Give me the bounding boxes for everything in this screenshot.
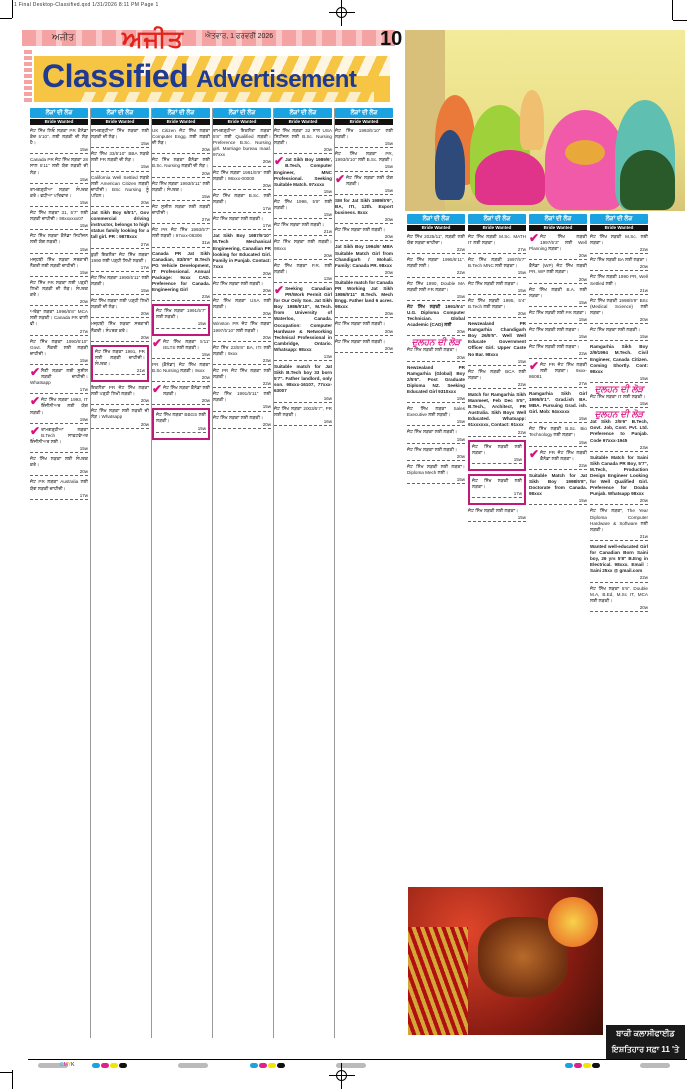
- classified-column: ਲੋੜਾਂ ਦੀ ਲੋੜBride Wantedਜੱਟ ਸਿੱਖ ਲੜਕਾ 32…: [274, 108, 332, 1058]
- checkmark-icon: ✔: [529, 362, 539, 371]
- ad-text: Wanted well-educated Girl for Canadian B…: [590, 544, 648, 573]
- classified-ad: ਜੱਟ ਸਿੱਖ ਲੜਕਾ 1991, PR ਲਈ ਲੜਕੀ ਚਾਹੀਦੀ। ਸ…: [91, 345, 149, 382]
- classified-ad: Jat Sikh Boy 1987/5'10" M.Tech Mechanica…: [213, 233, 271, 278]
- classified-ad: ਜੱਟ ਸਿੱਖ 1996, 5'9" ਲਈ ਲੜਕੀ।15w: [274, 199, 332, 219]
- column-subheading: Bride Wanted: [213, 119, 271, 125]
- ad-word-count: 15w: [91, 164, 149, 171]
- section-title-word2: Advertisement: [196, 66, 356, 93]
- ad-text: ਰਾਮਗੜ੍ਹੀਆ ਇਕਲੌਤਾ ਲੜਕਾ 5'8" ਲਈ Qualified …: [213, 128, 271, 157]
- figure: [520, 90, 544, 150]
- newspaper-logo: ਅਜੀਤ: [122, 24, 184, 53]
- ad-word-count: 20w: [590, 498, 648, 505]
- ad-text: ਜੱਟ PR ਜੱਟ ਸਿੱਖ 1993/5'7" ਲਈ ਲੜਕੀ। 97xxx…: [152, 227, 210, 238]
- classified-ad: Newzealand PR Ramgarhia (Global) Boy 2/5…: [407, 365, 465, 404]
- classified-ad: Suitable Match for Saini Sikh Canada PR …: [590, 455, 648, 506]
- checkmark-icon: ✔: [335, 175, 345, 184]
- classified-ad: ਰਾਮਗੜ੍ਹੀਆ ਸਿੱਖ ਲੜਕਾ ਲਈ ਲੜਕੀ ਦੀ ਲੋੜ।15w: [91, 128, 149, 148]
- ad-text: ਜੱਟ ਸਿੱਖ ਲੜਕੀ ਲਈ ਲੜਕਾ।: [472, 478, 522, 489]
- ad-text: ਜੱਟ ਸਿੱਖ ਲੜਕਾ ਕੈਨੇਡਾ ਸਿਟੀਜ਼ਨ ਲਈ ਯੋਗ ਲੜਕੀ…: [30, 233, 88, 244]
- column-heading: ਲੋੜਾਂ ਦੀ ਲੋੜ: [274, 108, 332, 118]
- classified-ad: ਜੱਟ ਸਿੱਖ ਲੜਕੀ 1995, 5'4" B.Tech ਲਈ ਲੜਕਾ।…: [468, 298, 526, 318]
- classified-ad: ਜੱਟ ਸਿੱਖ ਲੜਕੀ ਲਈ ਲੜਕਾ।17w: [468, 474, 526, 505]
- ad-text: ਜੱਟ ਸਿੱਖ ਲੜਕਾ ਲਈ ਸੰਪਰਕ ਕਰੋ।: [30, 456, 88, 467]
- classified-ad: ਜੱਟ ਸਿੱਖ ਲੜਕਾ ਲਈ ਲੜਕੀ।15w: [407, 429, 465, 443]
- ad-text: ਜੱਟ ਸਿੱਖ ਲੜਕੀ ਲਈ ਲੜਕਾ।: [407, 347, 457, 352]
- column-divider: [273, 108, 274, 1038]
- masthead-left-label: ਅਜੀਤ: [52, 32, 74, 43]
- ad-word-count: 15w: [407, 294, 465, 301]
- classified-ad: ਜੱਟ ਸਿੱਖ ਲੜਕੀ 1991/5'4" U.G. Diploma Com…: [407, 304, 465, 336]
- column-heading: ਲੋੜਾਂ ਦੀ ਲੋੜ: [335, 108, 393, 118]
- classified-ad: ਮਜ਼੍ਹਬੀ ਸਿੱਖ ਲੜਕਾ ਸਰਕਾਰੀ ਨੌਕਰੀ ਲਈ ਲੜਕੀ ਚ…: [30, 257, 88, 277]
- ad-text: ਜੱਟ ਸਿੱਖ ਲੜਕਾ 1993/5'11" ਲਈ ਲੜਕੀ। ਸੰਪਰਕ।: [152, 181, 210, 192]
- ad-text: ਜੱਟ ਸਿੱਖ ਲੜਕੀ ਲਈ ਲੜਕਾ। Diploma Mech ਲਈ।: [407, 464, 465, 475]
- classified-ad: ਜੱਟ ਸਿੱਖ ਲੜਕਾ 31, 5'7" ਲਈ ਲੜਕੀ ਚਾਹੀਦੀ। 9…: [30, 210, 88, 230]
- classified-ad: ਜੱਟ ਸਿੱਖ ਲੜਕਾ ਲਈ ਪੜ੍ਹੀ ਲਿਖੀ ਲੜਕੀ ਦੀ ਲੋੜ।…: [91, 298, 149, 318]
- ad-word-count: 19w: [30, 417, 88, 424]
- ad-word-count: 20w: [529, 277, 587, 284]
- classified-ad: ਜੱਟ ਸਿੱਖ ਲੜਕਾ 32 ਸਾਲ USA ਸਿਟੀਜ਼ਨ ਲਈ B.Sc…: [274, 128, 332, 154]
- print-slug: 1 Final Desktop-Classified.qxd 1/31/2026…: [14, 2, 159, 8]
- ad-word-count: 20w: [30, 299, 88, 306]
- ad-word-count: 15w: [30, 270, 88, 277]
- ad-text: Suitable match for Jat Sikh B.Tech boy 3…: [274, 364, 332, 393]
- column-heading: ਲੋੜਾਂ ਦੀ ਲੋੜ: [529, 214, 587, 224]
- classified-ad: ✔Seeking Canadian PR/Work Permit Girl fo…: [274, 286, 332, 361]
- classified-ad: Ramgarhia Sikh Boy 2/9/1994 M.Tech. Civi…: [590, 344, 648, 383]
- classified-ad: ਜੱਟ ਸਿੱਖ ਲੜਕੀ ਲਈ ਲੜਕਾ।20w: [407, 347, 465, 361]
- classified-ad: ਜੱਟ ਸਿੱਖ ਲੜਕਾ 1995/5'11". ਲੜਕੀ ਲਈ।22w: [407, 257, 465, 277]
- ad-word-count: 21w: [274, 229, 332, 236]
- ad-word-count: 22w: [213, 381, 271, 388]
- ad-text: ਕੁੜੀ ਇਕਲੌਤਾ ਜੱਟ ਸਿੱਖ ਲੜਕਾ 1990 ਲਈ ਪੜ੍ਹੀ …: [91, 252, 149, 263]
- ad-text: ਜੱਟ ਸਿੱਖ ਲੜਕੀ BCA ਲਈ ਲੜਕਾ।: [468, 369, 526, 380]
- ad-text: ਜੱਟ ਸਿੱਖ ਲੜਕਾ 2003/5'7", PR ਲਈ ਲੜਕੀ।: [274, 406, 332, 417]
- ad-word-count: 15w: [335, 164, 393, 171]
- figure: [620, 150, 675, 210]
- classified-ad: ਜੱਟ ਸੁਸ਼ੀਲ ਲੜਕਾ ਲਈ ਲੜਕੀ ਚਾਹੀਦੀ।27w: [152, 204, 210, 224]
- column-subheading: Bride Wanted: [590, 225, 648, 231]
- ad-text: ਜੱਟ ਸਿੱਖ ਲੜਕਾ 1991/5'9" ਲਈ ਲੜਕੀ। 98xxx-0…: [213, 170, 271, 181]
- ad-word-count: 20w: [91, 422, 149, 429]
- classified-ad: ✔ਰਾਮਗੜ੍ਹੀਆ ਲੜਕਾ B.Tech ਸਾਫਟਵੇਅਰ ਇੰਜੀਨੀਅਰ…: [30, 427, 88, 453]
- ad-word-count: 20w: [335, 346, 393, 353]
- ad-word-count: 15w: [30, 177, 88, 184]
- ad-word-count: 19w: [407, 396, 465, 403]
- page-number: 10: [380, 28, 402, 51]
- ad-text: ਜੱਟ ਸਿੱਖ ਲੜਕਾ ਲਈ ਪੜ੍ਹੀ ਲਿਖੀ ਲੜਕੀ ਦੀ ਲੋੜ।: [91, 298, 149, 309]
- classified-ad: Suitable match for Jat Sikh B.Tech boy 3…: [274, 364, 332, 403]
- ad-word-count: 15w: [91, 141, 149, 148]
- ad-word-count: 15w: [468, 515, 526, 522]
- ad-word-count: 15w: [152, 194, 210, 201]
- classified-ad: ਜੱਟ ਸਿੱਖ ਲੜਕਾ 1990/5'11" ਲਈ ਲੜਕੀ।15w: [91, 275, 149, 295]
- ad-text: ਕੈਨੇਡਾ (WP) ਜੱਟ ਸਿੱਖ ਲੜਕੀ PR, WP ਲਈ ਲੜਕਾ…: [529, 263, 587, 274]
- classified-ad: ਜੱਟ ਸਿੱਖ ਲੜਕਾ ਲਈ ਲੜਕੀ।20w: [335, 339, 393, 353]
- ad-text: ਜੱਟ ਸਿੱਖ 1996, 5'9" ਲਈ ਲੜਕੀ।: [274, 199, 332, 210]
- ad-word-count: 20w: [407, 454, 465, 461]
- ad-text: ਜੱਟ ਸਿੱਖ ਲੜਕਾ ਲਈ ਲੜਕੀ।: [335, 321, 385, 326]
- ad-text: ਜੱਟ ਸਿੱਖ ਲੜਕਾ 32 ਸਾਲ USA ਸਿਟੀਜ਼ਨ ਲਈ B.Sc…: [274, 128, 332, 145]
- ad-text: UK Citizen ਜੱਟ ਸਿੱਖ ਲੜਕਾ Computer Engg. …: [152, 128, 210, 145]
- ad-text: Ramgarhia Sikh Girl 1995/5'1". Grad.ish …: [529, 391, 587, 414]
- classified-ad: Canada PR ਜੱਟ ਸਿੱਖ ਲੜਕਾ 28 ਸਾਲ 5'11" ਲਈ …: [30, 157, 88, 183]
- ad-text: ਜੱਟ ਸਿੱਖ ਲੜਕੀ ਲਈ ਲੜਕਾ।: [468, 281, 518, 286]
- ad-text: ਜੱਟ ਸਿੱਖ 1990, Double MA ਲੜਕੀ ਲਈ PR ਲੜਕਾ…: [407, 281, 465, 292]
- ad-word-count: 15w: [152, 352, 210, 359]
- ad-word-count: 15w: [30, 247, 88, 254]
- ad-text: Jat Sikh Boy 1987/5'10" M.Tech Mechanica…: [213, 233, 271, 268]
- ad-text: Newzealand PR Ramgarhia Chandigarh Boy 2…: [468, 321, 526, 356]
- ad-text: Jat Sikh Boy 1994/6' MBA Suitable Match …: [335, 244, 393, 267]
- ad-word-count: 27w: [91, 242, 149, 249]
- classified-ad: ਅਰੋੜਾ ਲੜਕਾ 1996/5'8" MCA ਲਈ ਲੜਕੀ। Canada…: [30, 309, 88, 335]
- classified-ad: ✔ਜੱਟ ਸਿੱਖ ਲੜਕਾ 1993, IT ਇੰਜੀਨੀਅਰ ਲਈ ਯੋਗ …: [30, 397, 88, 423]
- column-subheading: Bride Wanted: [30, 119, 88, 125]
- classified-ad: ਜੱਟ PR ਜੱਟ ਸਿੱਖ ਲੜਕਾ ਲਈ ਲੜਕੀ।22w: [213, 368, 271, 388]
- classified-ad: ਜੱਟ ਸਿੱਖ ਲੜਕੀ 1990 PR, Well Settled ਲਈ।2…: [590, 274, 648, 294]
- ad-text: ਜੱਟ ਸਿੱਖ ਲੜਕਾ 31, 5'7" ਲਈ ਲੜਕੀ ਚਾਹੀਦੀ। 9…: [30, 210, 88, 221]
- ad-text: ਇਕਲੌਤਾ PR ਜੱਟ ਸਿੱਖ ਲੜਕਾ ਲਈ ਪੜ੍ਹੀ ਲਿਖੀ ਲੜ…: [91, 385, 149, 396]
- checkmark-icon: ✔: [274, 286, 284, 295]
- ad-text: ਜੱਟ ਸਿੱਖ ਲੜਕੀ B.Sc. Bio Technology ਲਈ ਲੜ…: [529, 426, 587, 437]
- ad-word-count: 20w: [213, 159, 271, 166]
- ad-word-count: 15w: [335, 188, 393, 195]
- classified-ad: ਜੱਟ ਸਿੱਖ ਲੜਕੀ BCA ਲਈ ਲੜਕਾ।22w: [468, 369, 526, 389]
- ad-word-count: 20w: [335, 270, 393, 277]
- ad-word-count: 16w: [274, 419, 332, 426]
- ad-text: ਜੱਟ ਸਿੱਖ ਲੜਕਾ 1990/5'10" Govt. ਨੌਕਰੀ ਲਈ …: [30, 339, 88, 356]
- checkmark-icon: ✔: [30, 368, 40, 377]
- ad-word-count: 22w: [468, 430, 526, 437]
- ad-word-count: 15w: [30, 446, 88, 453]
- column-heading: ਲੋੜਾਂ ਦੀ ਲੋੜ: [30, 108, 88, 118]
- classified-ad: ਜੱਟ ਸਿੱਖ ਲੜਕੀ ਲਈ ਲੜਕਾ।22w: [529, 344, 587, 358]
- classified-ad: ਜੱਟ ਸਿੱਖ ਲੜਕਾ 1993/5'11" ਲਈ ਲੜਕੀ। ਸੰਪਰਕ।…: [152, 181, 210, 201]
- classified-ad: ਜੱਟ ਸਿੱਖ ਲੜਕੀ ਲਈ ਲੜਕਾ।15w: [468, 508, 526, 522]
- ad-word-count: 20w: [91, 398, 149, 405]
- column-divider: [334, 108, 335, 1038]
- ad-word-count: 21w: [95, 368, 145, 375]
- ad-word-count: 17w: [213, 223, 271, 230]
- ad-word-count: 20w: [152, 171, 210, 178]
- ad-word-count: 15w: [274, 189, 332, 196]
- ad-text: ਜੱਟ ਸਿੱਖ ਲੜਕਾ 1995/5'11". ਲੜਕੀ ਲਈ।: [407, 257, 465, 268]
- ad-text: ਜੱਟ ਸਿੱਖ ਲੜਕਾ 5'11" IELTS ਲਈ ਲੜਕੀ।: [163, 339, 210, 350]
- ad-text: ਜੱਟ ਸਿੱਖ ਲੜਕੀ 1998/5'9" BSc (Medical Sci…: [590, 298, 648, 315]
- ad-word-count: 15w: [468, 270, 526, 277]
- ad-text: ਜੱਟ ਸਿੱਖ ਲੜਕਾ ਲਈ ਲੜਕੀ।: [213, 281, 263, 286]
- classified-ad: ਜੱਟ ਸਿੱਖ ਲੜਕਾ 1991/5'7" ਲਈ ਲੜਕੀ।15w: [152, 304, 210, 335]
- column-subheading: Bride Wanted: [407, 225, 465, 231]
- classified-ad: ਜੱਟ ਸਿੱਖ ਲੜਕਾ 1990/5'10" Govt. ਨੌਕਰੀ ਲਈ …: [30, 339, 88, 365]
- ad-text: ਜੱਟ ਸਿੱਖ ਲਿਓ ਲੜਕਾ PR ਕੈਨੇਡਾ ਕੱਦ 5'10". ਲ…: [30, 128, 88, 145]
- ad-text: ਜੱਟ ਸਿੱਖ ਲੜਕੀ ਲਈ ਲੜਕਾ।: [468, 508, 518, 513]
- ad-word-count: 13w: [274, 276, 332, 283]
- classified-ad: ✔ਜੱਟ ਸਿੱਖ ਲੜਕੀ 1997/5'3" ਲਈ Well Plannin…: [529, 234, 587, 260]
- classified-ad: Canada PR Jat Sikh Canadian, 83/5'9" B.T…: [152, 251, 210, 302]
- ad-word-count: 31w: [152, 240, 210, 247]
- ad-word-count: 20w: [468, 311, 526, 318]
- ad-word-count: 23w: [152, 294, 210, 301]
- ad-word-count: 20w: [335, 311, 393, 318]
- ad-word-count: 15w: [590, 334, 648, 341]
- classified-ad: ਜੱਟ ਸਿੱਖ ਲੜਕਾ 2003/5'7", PR ਲਈ ਲੜਕੀ।16w: [274, 406, 332, 426]
- column-divider: [90, 108, 91, 1038]
- ad-text: ਜੱਟ ਸਿੱਖ ਲੜਕਾ ਲਈ ਯੋਗ ਲੜਕੀ।: [346, 175, 393, 186]
- classified-ad: ਜੱਟ ਸਿੱਖ ਲੜਕਾ BBGS ਲਈ ਲੜਕੀ।15w: [152, 408, 210, 439]
- column-heading: ਲੋੜਾਂ ਦੀ ਲੋੜ: [152, 108, 210, 118]
- classified-ad: ਜੱਟ ਸਿੱਖ ਲੜਕਾ ਲਈ ਲੜਕੀ। 98xxx20w: [274, 239, 332, 259]
- ad-word-count: 15w: [529, 498, 587, 505]
- classified-column: ਲੋੜਾਂ ਦੀ ਲੋੜBride Wantedਰਾਮਗੜ੍ਹੀਆ ਇਕਲੌਤਾ…: [213, 108, 271, 1058]
- column-subheading: Bride Wanted: [152, 119, 210, 125]
- ad-word-count: 27w: [30, 329, 88, 336]
- crop-mark: [12, 1070, 13, 1089]
- ad-text: SM for Jat Sikh 1989/5'9", BA, ITI, 12th…: [335, 198, 393, 215]
- ornament-divider: ਦੁਲਹਨ ਦੀ ਲੋੜ: [590, 386, 648, 392]
- classified-ad: Jat Sikh Boy 1994/6' MBA Suitable Match …: [335, 244, 393, 276]
- ad-word-count: 27w: [468, 247, 526, 254]
- ad-text: ਜੱਟ ਸਿੱਖ 2025/11", ਲੜਕੀ ਲਈ ਯੋਗ ਲੜਕਾ ਚਾਹੀ…: [407, 234, 465, 245]
- classified-ad: ਜੱਟ ਸਿੱਖ ਲੜਕਾ ਲਈ ਲੜਕੀ।20w: [213, 281, 271, 295]
- column-subheading: Bride Wanted: [468, 225, 526, 231]
- classified-ad: ਇਕਲੌਤਾ PR ਜੱਟ ਸਿੱਖ ਲੜਕਾ ਲਈ ਪੜ੍ਹੀ ਲਿਖੀ ਲੜ…: [91, 385, 149, 405]
- classified-ad: ਜੱਟ ਸਿੱਖ ਲੜਕਾ ਲਈ ਲੜਕੀ।20w: [213, 415, 271, 429]
- classified-ad: ✔ਜੱਟ PR ਜੱਟ ਸਿੱਖ ਲੜਕੀ ਕੈਨੇਡਾ ਲਈ ਲੜਕਾ।22w: [529, 450, 587, 470]
- ad-word-count: 27w: [529, 381, 587, 388]
- classified-ad: PR (ਕੈਨੇਡਾ) ਜੱਟ ਸਿੱਖ ਲੜਕਾ B.Sc Nursing ਲ…: [152, 362, 210, 382]
- ad-word-count: 20w: [274, 253, 332, 260]
- classified-ad: ਜੱਟ ਸਿੱਖ 33/5'10" BBA ਲੜਕੇ ਲਈ PR ਲੜਕੀ ਦੀ…: [91, 151, 149, 171]
- registration-mark-icon: [329, 0, 355, 26]
- ad-text: ਜੱਟ ਸਿੱਖ PR ਲੜਕਾ ਲਈ ਪੜ੍ਹੀ ਲਿਖੀ ਲੜਕੀ ਦੀ ਲ…: [30, 280, 88, 297]
- classified-column: ਲੋੜਾਂ ਦੀ ਲੋੜBride Wantedਜੱਟ ਸਿੱਖ ਲੜਕੀ M.…: [468, 214, 526, 884]
- column-heading: ਲੋੜਾਂ ਦੀ ਲੋੜ: [91, 108, 149, 118]
- ad-text: Match for Ramgarhia Sikh Manmeet, Feb De…: [468, 392, 526, 427]
- column-heading: ਲੋੜਾਂ ਦੀ ਲੋੜ: [590, 214, 648, 224]
- ad-word-count: 22w: [407, 247, 465, 254]
- ad-word-count: 20w: [91, 335, 149, 342]
- ad-word-count: 15w: [472, 457, 522, 464]
- ornament-divider: ਦੁਲਹਨ ਦੀ ਲੋੜ: [407, 339, 465, 345]
- column-heading: ਲੋੜਾਂ ਦੀ ਲੋੜ: [468, 214, 526, 224]
- ad-word-count: 17w: [30, 387, 88, 394]
- classified-ad: ਜੱਟ ਸਿੱਖ ਲੜਕਾ ਲਈ ਲੜਕੀ।20w: [407, 447, 465, 461]
- figure: [475, 150, 545, 205]
- ad-text: ਜੱਟ ਸਿੱਖ ਲੜਕੀ M.Sc. ਲਈ ਲੜਕਾ।: [590, 234, 648, 245]
- ad-text: ਜੱਟ ਸੁਸ਼ੀਲ ਲੜਕਾ ਲਈ ਲੜਕੀ ਚਾਹੀਦੀ।: [152, 204, 210, 215]
- ad-text: Canada PR Jat Sikh Canadian, 83/5'9" B.T…: [152, 251, 210, 293]
- ad-word-count: 15w: [407, 419, 465, 426]
- ad-word-count: 23w: [590, 445, 648, 452]
- ad-text: ਜੱਟ ਸਿੱਖ ਲੜਕਾ ਲਈ ਲੜਕੀ।: [407, 447, 457, 452]
- ad-word-count: 20w: [407, 355, 465, 362]
- column-divider: [212, 108, 213, 1038]
- color-bar: [565, 1063, 600, 1068]
- classified-ad: ਜੱਟ ਸਿੱਖ ਲੜਕੀ ਲਈ ਲੜਕਾ।15w: [468, 281, 526, 295]
- classified-ad: ਜੱਟ PR ਲੜਕਾ Australia ਲਈ ਯੋਗ ਲੜਕੀ ਚਾਹੀਦੀ…: [30, 479, 88, 499]
- column-heading: ਲੋੜਾਂ ਦੀ ਲੋੜ: [407, 214, 465, 224]
- ad-text: ਮਜ਼੍ਹਬੀ ਸਿੱਖ ਲੜਕਾ ਸਰਕਾਰੀ ਨੌਕਰੀ ਲਈ ਲੜਕੀ ਚ…: [30, 257, 88, 268]
- classified-ad: Match for Ramgarhia Sikh Manmeet, Feb De…: [468, 392, 526, 437]
- classified-ad: ਜੱਟ ਸਿੱਖ ਲੜਕੀ M.Sc. MATH IT ਲਈ ਲੜਕਾ।27w: [468, 234, 526, 254]
- illustration-painting: [405, 30, 685, 211]
- classified-column: ਲੋੜਾਂ ਦੀ ਲੋੜBride Wanted✔ਜੱਟ ਸਿੱਖ ਲੜਕੀ 1…: [529, 214, 587, 884]
- issue-date: ਐਤਵਾਰ, 1 ਫਰਵਰੀ 2026: [205, 33, 273, 41]
- crop-mark: [12, 0, 13, 18]
- classified-ad: ਜੱਟ ਸਿੱਖ 1990, Double MA ਲੜਕੀ ਲਈ PR ਲੜਕਾ…: [407, 281, 465, 301]
- ad-word-count: 20w: [529, 253, 587, 260]
- classified-ad: ਜੱਟ ਸਿੱਖ ਲੜਕਾ ਲਈ ਲੜਕੀ।17w: [213, 216, 271, 230]
- ad-text: ਜੱਟ ਸਿੱਖ ਲੜਕਾ BBGS ਲਈ ਲੜਕੀ।: [156, 412, 206, 423]
- ad-word-count: 22w: [529, 463, 587, 470]
- ad-text: ਜੱਟ ਸਿੱਖ ਲੜਕਾ ਲਈ ਲੜਕੀ।: [213, 216, 263, 221]
- ad-text: ਜੱਟ PR ਜੱਟ ਸਿੱਖ ਲੜਕੀ ਕੈਨੇਡਾ ਲਈ ਲੜਕਾ।: [540, 450, 587, 461]
- classified-ad: ਜੱਟ ਸਿੱਖ ਲੜਕਾ 1991/5'9" ਲਈ ਲੜਕੀ। 98xxx-0…: [213, 170, 271, 190]
- ad-text: ਜੱਟ PR ਜੱਟ ਸਿੱਖ ਲੜਕਾ ਲਈ ਲੜਕੀ।: [213, 368, 271, 379]
- classified-ad: ਜੱਟ ਸਿੱਖ ਲੜਕਾ ਲਈ ਲੜਕੀ।20w: [335, 321, 393, 335]
- classified-ad: ਜੱਟ ਸਿੱਖ ਲੜਕਾ PR, 1993/5'10" ਲਈ B.Sc. ਲੜ…: [335, 151, 393, 171]
- classified-ad: ✔ਜੱਟ ਸਿੱਖ ਲੜਕਾ 5'11" IELTS ਲਈ ਲੜਕੀ।15w: [152, 339, 210, 359]
- ad-word-count: 15w: [30, 200, 88, 207]
- ad-word-count: 15w: [590, 401, 648, 408]
- crop-mark: [0, 1072, 12, 1073]
- ad-word-count: 15w: [30, 147, 88, 154]
- ad-word-count: 20w: [407, 329, 465, 336]
- classified-ad: Newzealand PR Ramgarhia Chandigarh Boy 2…: [468, 321, 526, 366]
- ad-word-count: 15w: [468, 288, 526, 295]
- decorative-stripe: [24, 48, 32, 102]
- ad-text: ਜੱਟ ਸਿੱਖ ਲੜਕੀ B.A. ਲਈ ਲੜਕਾ।: [529, 287, 587, 298]
- ad-word-count: 15w: [468, 359, 526, 366]
- ad-word-count: 20w: [91, 200, 149, 207]
- ad-word-count: 20w: [152, 375, 210, 382]
- classified-ad: ਜੱਟ ਸਿੱਖ ਲੜਕੀ 1998/5'9" BSc (Medical Sci…: [590, 298, 648, 324]
- ad-word-count: 15w: [529, 334, 587, 341]
- ad-word-count: 15w: [30, 358, 88, 365]
- ad-word-count: 20w: [30, 469, 88, 476]
- ad-word-count: 22w: [468, 382, 526, 389]
- ad-word-count: 22w: [407, 270, 465, 277]
- classified-ad: ਜੱਟ ਸਿੱਖ 1993/5'10" ਲਈ ਲੜਕੀ।15w: [335, 128, 393, 148]
- ad-word-count: 20w: [152, 147, 210, 154]
- ad-text: ਜੱਟ ਸਿੱਖ ਲੜਕਾ ਲਈ ਲੜਕੀ।: [590, 327, 640, 332]
- classified-ad: ਜੱਟ PR ਜੱਟ ਸਿੱਖ 1993/5'7" ਲਈ ਲੜਕੀ। 97xxx…: [152, 227, 210, 247]
- ad-text: ਜੱਟ ਸਿੱਖ ਲੜਕਾ P.R. ਲਈ ਲੜਕੀ।: [274, 263, 332, 274]
- classified-ad: ✔ਜੱਟ ਸਿੱਖ ਲੜਕਾ ਲਈ ਯੋਗ ਲੜਕੀ।15w: [335, 175, 393, 195]
- column-subheading: Bride Wanted: [335, 119, 393, 125]
- classified-ad: ਜੱਟ ਸਿੱਖ ਲੜਕਾ ਲਈ ਲੜਕੀ।15w: [590, 327, 648, 341]
- ad-text: ਜੱਟ ਸਿੱਖ ਲੜਕਾ 1991/5'7" ਲਈ ਲੜਕੀ।: [156, 308, 206, 319]
- ad-word-count: 20w: [590, 264, 648, 271]
- classified-ad: ਜੱਟ ਸਿੱਖ ਲੜਕੀ ਲਈ ਲੜਕਾ। Diploma Mech ਲਈ।1…: [407, 464, 465, 484]
- classified-column: ਲੋੜਾਂ ਦੀ ਲੋੜBride Wantedਜੱਟ ਸਿੱਖ 2025/11…: [407, 214, 465, 884]
- ad-word-count: 27w: [152, 217, 210, 224]
- ad-word-count: 17w: [30, 493, 88, 500]
- ad-text: PR (ਕੈਨੇਡਾ) ਜੱਟ ਸਿੱਖ ਲੜਕਾ B.Sc Nursing ਲ…: [152, 362, 210, 373]
- classified-ad: UK Citizen ਜੱਟ ਸਿੱਖ ਲੜਕਾ Computer Engg. …: [152, 128, 210, 154]
- classified-ad: ਜੱਟ ਸਿੱਖ ਲੜਕੀ B.A. ਲਈ ਲੜਕਾ।15w: [529, 287, 587, 307]
- ad-text: ਜੱਟ ਸਿੱਖ ਲੜਕੀ ਲਈ PR ਲੜਕਾ।: [529, 310, 587, 315]
- ad-text: ਜੱਟ ਸਿੱਖ ਲੜਕਾ, The Year Diploma Computer…: [590, 508, 648, 531]
- ad-text: ਜੱਟ ਸਿੱਖ ਲੜਕੀ 1995, 5'4" B.Tech ਲਈ ਲੜਕਾ।: [468, 298, 526, 309]
- classified-ad: ਜੱਟ ਸਿੱਖ ਲੜਕੀ B.Sc. Bio Technology ਲਈ ਲੜ…: [529, 426, 587, 446]
- ad-word-count: 20w: [213, 288, 271, 295]
- ad-word-count: 15w: [529, 317, 587, 324]
- classified-column: ਲੋੜਾਂ ਦੀ ਲੋੜBride Wantedਜੱਟ ਸਿੱਖ 1993/5'…: [335, 108, 393, 1058]
- classified-ad: ਜੱਟ ਸਿੱਖ ਲੜਕੀ BA ਲਈ ਲੜਕਾ।20w: [590, 257, 648, 271]
- ad-text: ਜੱਟ ਸਿੱਖ 1993/5'10" ਲਈ ਲੜਕੀ।: [335, 128, 393, 139]
- classified-ad: ਜੱਟ ਸਿੱਖ ਲੜਕਾ B.Sc. ਲਈ ਲੜਕੀ।17w: [213, 193, 271, 213]
- ornament-divider: ਦੁਲਹਨ ਦੀ ਲੋੜ: [590, 411, 648, 417]
- ad-word-count: 15w: [156, 426, 206, 433]
- ad-text: Ramgarhia Sikh Boy 2/9/1994 M.Tech. Civi…: [590, 344, 648, 373]
- cmyk-label: CMYK: [60, 1062, 74, 1068]
- classified-ad: ਜੱਟ ਸਿੱਖ ਲੜਕਾ ਲਈ ਲੜਕੀ।20w: [335, 227, 393, 241]
- ad-text: Winston PR ਜੱਟ ਸਿੱਖ ਲੜਕਾ 1997/5'10" ਲਈ ਲ…: [213, 321, 271, 332]
- classified-ad: ਜੱਟ ਸਿੱਖ ਲੜਕਾ ਲਈ ਲੜਕੀ ਦੀ ਲੋੜ। Whatsapp20…: [91, 408, 149, 428]
- ad-text: ਮਜ਼੍ਹਬੀ ਸਿੱਖ ਲੜਕਾ ਸਰਕਾਰੀ ਨੌਕਰੀ। ਸੰਪਰਕ ਕਰ…: [91, 321, 149, 332]
- ad-text: ਜੱਟ ਸਿੱਖ ਲੜਕੀ 1997/5'7" B.Tech MNC ਲਈ ਲੜ…: [468, 257, 526, 268]
- classified-ad: Winston PR ਜੱਟ ਸਿੱਖ ਲੜਕਾ 1997/5'10" ਲਈ ਲ…: [213, 321, 271, 341]
- classified-ad: ਜੱਟ ਸਿੱਖ ਲੜਕਾ P.R. ਲਈ ਲੜਕੀ।13w: [274, 263, 332, 283]
- ad-text: ਜੱਟ ਸਿੱਖ ਲੜਕਾ Sales Executive ਲਈ ਲੜਕੀ।: [407, 406, 465, 417]
- ad-word-count: 20w: [590, 605, 648, 612]
- checkmark-icon: ✔: [529, 234, 539, 243]
- classified-ad: ਜੱਟ ਸਿੱਖ ਲਿਓ ਲੜਕਾ PR ਕੈਨੇਡਾ ਕੱਦ 5'10". ਲ…: [30, 128, 88, 154]
- classified-ad: ਜੱਟ ਸਿੱਖ 23/5'8" BA, ITI ਲਈ ਲੜਕੀ। 9xxx23…: [213, 345, 271, 365]
- ad-word-count: 15w: [590, 376, 648, 383]
- promo-line-1: ਬਾਕੀ ਕਲਾਸੀਫਾਈਡ: [606, 1026, 685, 1042]
- classified-ad: ਜੱਟ ਸਿੱਖ PR ਲੜਕਾ ਲਈ ਪੜ੍ਹੀ ਲਿਖੀ ਲੜਕੀ ਦੀ ਲ…: [30, 280, 88, 306]
- classified-ad: ਰਾਮਗੜ੍ਹੀਆ ਇਕਲੌਤਾ ਲੜਕਾ 5'8" ਲਈ Qualified …: [213, 128, 271, 167]
- gray-bar: [640, 1063, 670, 1068]
- checkmark-icon: ✔: [30, 427, 40, 436]
- ad-word-count: 15w: [529, 300, 587, 307]
- ad-text: ਜੱਟ ਸਿੱਖ ਲੜਕਾ 1991, PR ਲਈ ਲੜਕੀ ਚਾਹੀਦੀ। ਸ…: [95, 349, 145, 366]
- ad-text: ਜੱਟ ਸਿੱਖ ਲੜਕਾ ਲਈ ਲੜਕੀ।: [335, 339, 385, 344]
- ad-text: ਰਾਮਗੜ੍ਹੀਆ ਲੜਕਾ ਸੰਪਰਕ ਕਰੋ। ਵਧੀਆ ਪਰਿਵਾਰ।: [30, 187, 88, 198]
- classified-ad: ਜੱਟ ਸਿੱਖ ਲੜਕੀ M.Sc. ਲਈ ਲੜਕਾ।22w: [590, 234, 648, 254]
- promo-box: ਬਾਕੀ ਕਲਾਸੀਫਾਈਡ ਇਸ਼ਤਿਹਾਰ ਸਫ਼ਾ 11 'ਤੇ: [606, 1025, 685, 1059]
- crop-mark: [672, 0, 673, 20]
- ad-text: ਜੱਟ ਸਿੱਖ ਲੜਕਾ ਲਈ ਲੜਕੀ। 98xxx: [274, 239, 332, 250]
- section-title-word1: Classified: [42, 58, 188, 94]
- classified-ad: ਜੱਟ ਸਿੱਖ ਲੜਕਾ 5'9". Double M.A, B.Ed, M.…: [590, 586, 648, 612]
- ad-word-count: 22w: [529, 351, 587, 358]
- ad-word-count: 13w: [274, 354, 332, 361]
- ad-text: ਜੱਟ ਸਿੱਖ ਲੜਕਾ 1990/5'11" ਲਈ ਲੜਕੀ।: [91, 275, 149, 286]
- classified-ad: ਜੱਟ ਸਿੱਖ ਲੜਕਾ ਕੈਨੇਡਾ ਸਿਟੀਜ਼ਨ ਲਈ ਯੋਗ ਲੜਕੀ…: [30, 233, 88, 253]
- classified-ad: ਰਾਮਗੜ੍ਹੀਆ ਲੜਕਾ ਸੰਪਰਕ ਕਰੋ। ਵਧੀਆ ਪਰਿਵਾਰ।15…: [30, 187, 88, 207]
- ad-text: ਜੱਟ ਸਿੱਖ ਲੜਕੀ ਲਈ ਲੜਕਾ।: [472, 444, 522, 455]
- section-title: ClassifiedAdvertisement: [42, 58, 356, 95]
- classified-ad: Ramgarhia Sikh Girl 1995/5'1". Grad.ish …: [529, 391, 587, 423]
- ad-text: ਜੱਟ ਸਿੱਖ ਲੜਕਾ ਲਈ ਲੜਕੀ।: [213, 415, 263, 420]
- classified-ad: ✔Jat Sikh Boy 1989/6', B.Tech, Computer …: [274, 157, 332, 196]
- ad-word-count: 15w: [91, 288, 149, 295]
- ad-word-count: 20w: [213, 311, 271, 318]
- ad-word-count: 23w: [213, 358, 271, 365]
- classified-ad: ✔ਜੱਟ PR ਜੱਟ ਸਿੱਖ ਲੜਕੀ ਲਈ ਲੜਕਾ। 9xxx-8608…: [529, 362, 587, 388]
- classified-ad: ਜੱਟ ਸਿੱਖ ਲੜਕਾ ਕੈਨੇਡਾ ਲਈ B.Sc. Nursing ਲੜ…: [152, 157, 210, 177]
- ad-text: Suitable Match for Jat Sikh Boy 1998/5'8…: [529, 473, 587, 496]
- classified-ad: ਜੱਟ ਸਿੱਖ ਲੜਕੀ ਲਈ ਲੜਕਾ।15w: [529, 327, 587, 341]
- ad-word-count: 20w: [213, 183, 271, 190]
- color-bar: [250, 1063, 285, 1068]
- checkmark-icon: ✔: [274, 157, 284, 166]
